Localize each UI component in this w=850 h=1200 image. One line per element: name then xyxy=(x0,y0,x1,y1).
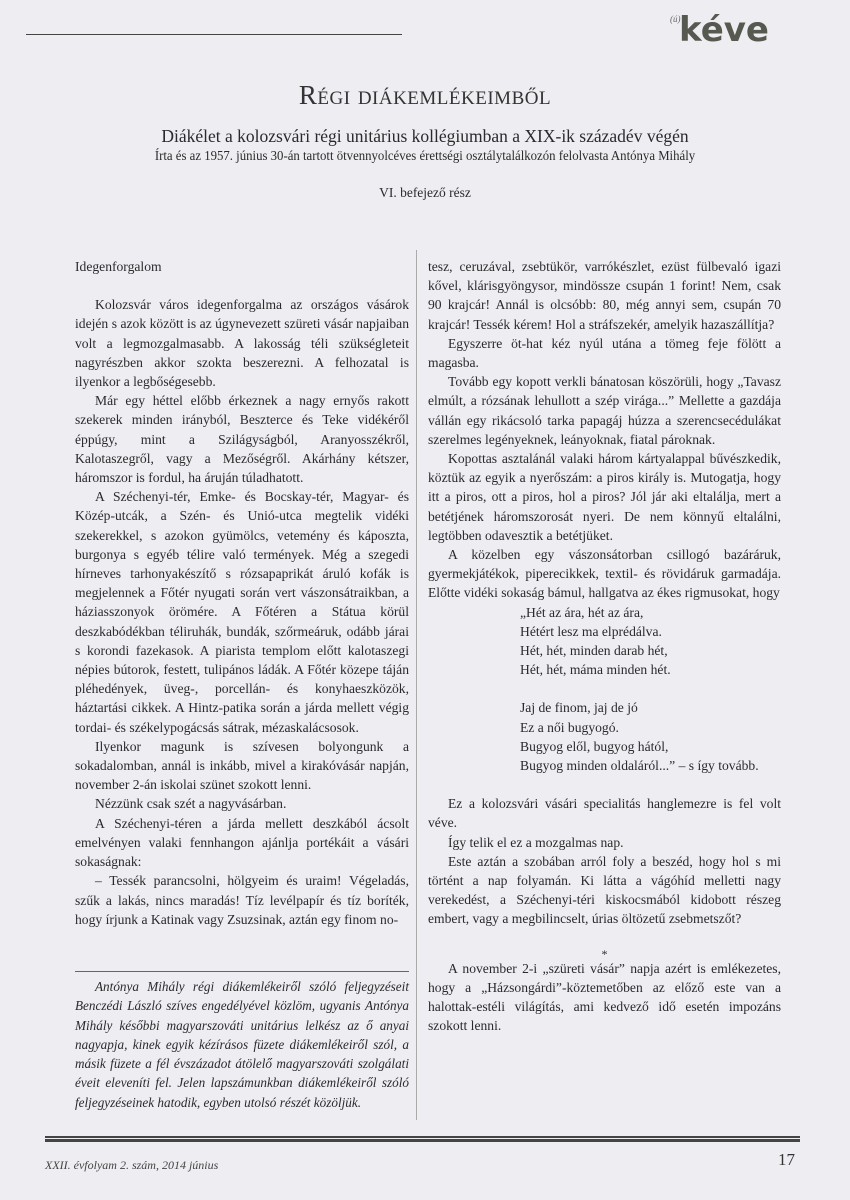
footnote-rule xyxy=(75,971,409,972)
page-number: 17 xyxy=(778,1150,795,1170)
paragraph: A Széchenyi-téren a járda mellett deszká… xyxy=(75,814,409,872)
paragraph: Kopottas asztalánál valaki három kártyal… xyxy=(428,449,781,545)
article-byline: Írta és az 1957. június 30-án tartott öt… xyxy=(13,148,838,164)
column-divider xyxy=(416,250,417,1120)
logo-text: kéve xyxy=(679,10,769,50)
paragraph: Ilyenkor magunk is szívesen bolyongunk a… xyxy=(75,737,409,795)
header-rule xyxy=(26,34,402,35)
section-separator: * xyxy=(428,945,781,959)
left-column: Idegenforgalom Kolozsvár város idegenfor… xyxy=(75,257,409,929)
article-title: Régi diákemlékeimből xyxy=(0,80,850,111)
paragraph: A november 2-i „szüreti vásár” napja azé… xyxy=(428,959,781,1036)
footnote: Antónya Mihály régi diákemlékeiről szóló… xyxy=(75,977,409,1112)
paragraph: tesz, ceruzával, zsebtükör, varrókészlet… xyxy=(428,257,781,334)
paragraph: Nézzünk csak szét a nagyvásárban. xyxy=(75,794,409,813)
verse-stanza-1: „Hét az ára, hét az ára, Hétért lesz ma … xyxy=(428,603,781,680)
footnote-text: Antónya Mihály régi diákemlékeiről szóló… xyxy=(75,977,409,1112)
verse-line: „Hét az ára, hét az ára, xyxy=(520,603,781,622)
verse-line: Bugyog minden oldaláról...” – s így tová… xyxy=(520,756,781,775)
paragraph: Így telik el ez a mozgalmas nap. xyxy=(428,833,781,852)
paragraph: A közelben egy vászonsátorban csillogó b… xyxy=(428,545,781,603)
verse-line: Ez a női bugyogó. xyxy=(520,718,781,737)
paragraph: Kolozsvár város idegenforgalma az ország… xyxy=(75,295,409,391)
paragraph: A Széchenyi-tér, Emke- és Bocskay-tér, M… xyxy=(75,487,409,737)
verse-line: Bugyog elől, bugyog hától, xyxy=(520,737,781,756)
paragraph: Ez a kolozsvári vásári specialitás hangl… xyxy=(428,794,781,832)
paragraph: – Tessék parancsolni, hölgyeim és uraim!… xyxy=(75,871,409,929)
verse-line: Hét, hét, minden darab hét, xyxy=(520,641,781,660)
section-heading: Idegenforgalom xyxy=(75,257,409,276)
article-part: VI. befejező rész xyxy=(0,185,850,201)
issue-info: XXII. évfolyam 2. szám, 2014 június xyxy=(45,1158,218,1173)
article-subtitle: Diákélet a kolozsvári régi unitárius kol… xyxy=(0,126,850,147)
footer-rule xyxy=(45,1136,800,1142)
right-column: tesz, ceruzával, zsebtükör, varrókészlet… xyxy=(428,257,781,1035)
paragraph: Tovább egy kopott verkli bánatosan köszö… xyxy=(428,372,781,449)
paragraph: Már egy héttel előbb érkeznek a nagy ern… xyxy=(75,391,409,487)
verse-line: Jaj de finom, jaj de jó xyxy=(520,698,781,717)
verse-line: Hét, hét, máma minden hét. xyxy=(520,660,781,679)
paragraph: Egyszerre öt-hat kéz nyúl utána a tömeg … xyxy=(428,334,781,372)
paragraph: Este aztán a szobában arról foly a beszé… xyxy=(428,852,781,929)
verse-line: Hétért lesz ma elprédálva. xyxy=(520,622,781,641)
verse-stanza-2: Jaj de finom, jaj de jó Ez a női bugyogó… xyxy=(428,698,781,775)
